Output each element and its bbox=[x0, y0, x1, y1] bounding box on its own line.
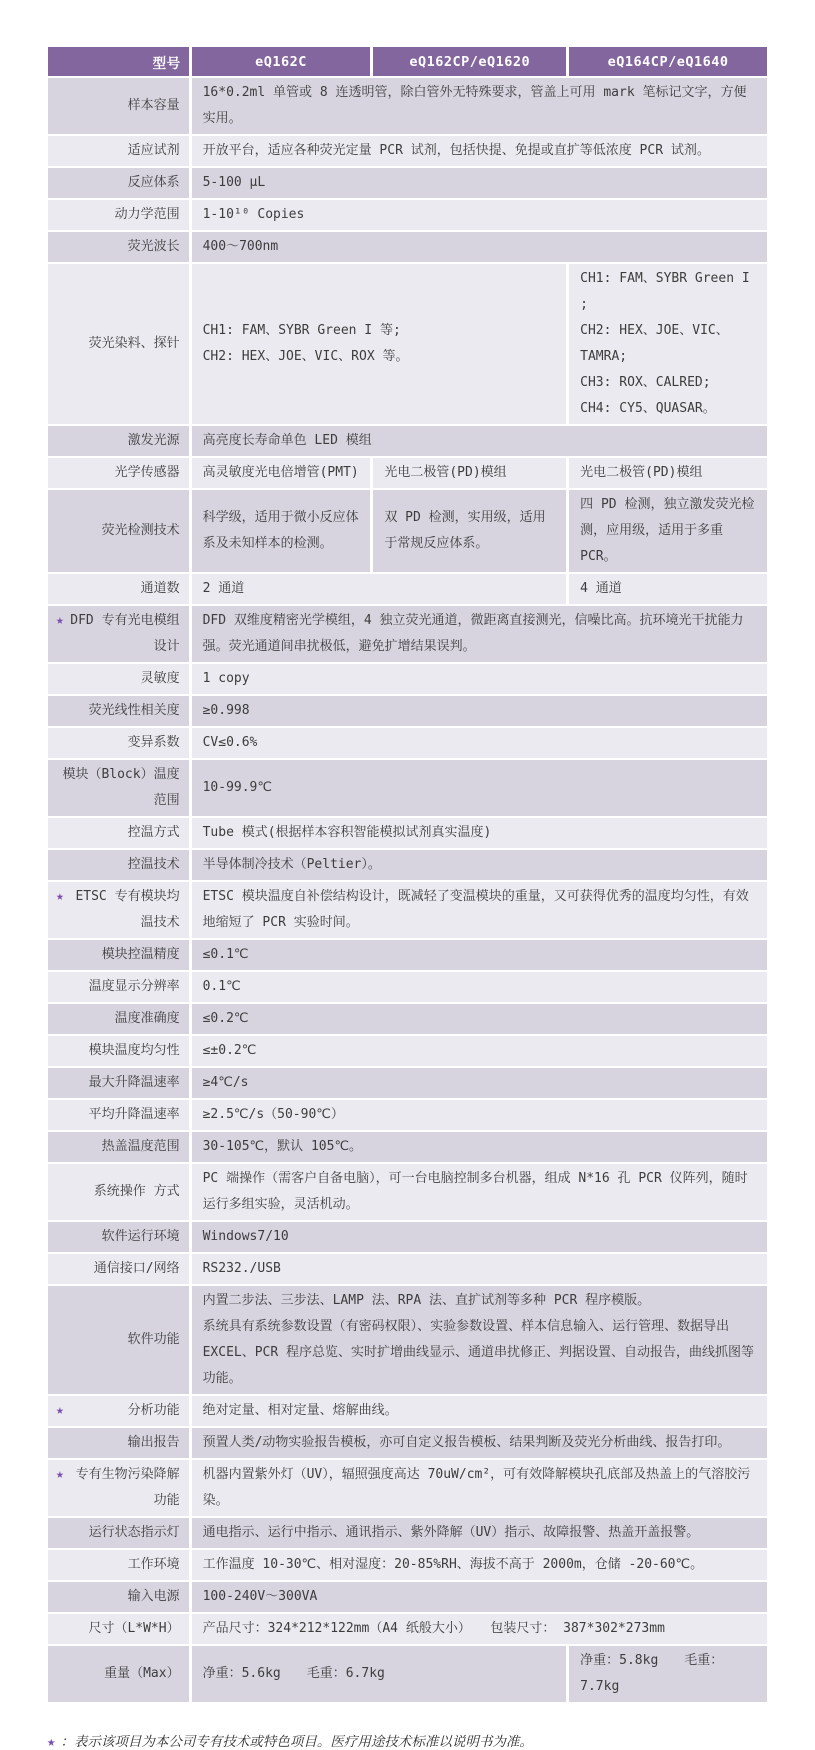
spec-value-cell: 科学级，适用于微小反应体系及未知样本的检测。 bbox=[192, 490, 371, 572]
row-label: 适应试剂 bbox=[48, 136, 189, 166]
spec-value-cell: ≤0.1℃ bbox=[192, 940, 767, 970]
spec-value-cell: CV≤0.6% bbox=[192, 728, 767, 758]
spec-value-cell: 通电指示、运行中指示、通讯指示、紫外降解（UV）指示、故障报警、热盖开盖报警。 bbox=[192, 1518, 767, 1548]
spec-row: 热盖温度范围30-105℃，默认 105℃。 bbox=[48, 1132, 767, 1162]
row-label: ★分析功能 bbox=[48, 1396, 189, 1426]
spec-row: 模块控温精度≤0.1℃ bbox=[48, 940, 767, 970]
spec-table-body: 样本容量16*0.2ml 单管或 8 连透明管，除白管外无特殊要求，管盖上可用 … bbox=[48, 78, 767, 1702]
row-label: 变异系数 bbox=[48, 728, 189, 758]
spec-value-cell: PC 端操作（需客户自备电脑），可一台电脑控制多台机器，组成 N*16 孔 PC… bbox=[192, 1164, 767, 1220]
spec-value-cell: 内置二步法、三步法、LAMP 法、RPA 法、直扩试剂等多种 PCR 程序模版。… bbox=[192, 1286, 767, 1394]
spec-row: 灵敏度1 copy bbox=[48, 664, 767, 694]
row-label: 控温方式 bbox=[48, 818, 189, 848]
star-icon: ★ bbox=[56, 608, 64, 634]
spec-row: 荧光检测技术科学级，适用于微小反应体系及未知样本的检测。双 PD 检测，实用级，… bbox=[48, 490, 767, 572]
row-label: ★DFD 专有光电模组设计 bbox=[48, 606, 189, 662]
row-label: 荧光染料、探针 bbox=[48, 264, 189, 424]
spec-row: 荧光线性相关度≥0.998 bbox=[48, 696, 767, 726]
spec-row: 通信接口/网络RS232./USB bbox=[48, 1254, 767, 1284]
spec-row: 软件运行环境Windows7/10 bbox=[48, 1222, 767, 1252]
spec-value-cell: 5-100 μL bbox=[192, 168, 767, 198]
spec-value-cell: 净重：5.8kg 毛重：7.7kg bbox=[569, 1646, 767, 1702]
spec-row: ★DFD 专有光电模组设计DFD 双维度精密光学模组，4 独立荧光通道，微距离直… bbox=[48, 606, 767, 662]
row-label: 温度准确度 bbox=[48, 1004, 189, 1034]
spec-value-cell: 16*0.2ml 单管或 8 连透明管，除白管外无特殊要求，管盖上可用 mark… bbox=[192, 78, 767, 134]
spec-row: ★分析功能绝对定量、相对定量、熔解曲线。 bbox=[48, 1396, 767, 1426]
spec-value-cell: 光电二极管(PD)模组 bbox=[569, 458, 767, 488]
spec-row: ★ETSC 专有模块均温技术ETSC 模块温度自补偿结构设计，既减轻了变温模块的… bbox=[48, 882, 767, 938]
star-icon: ★ bbox=[56, 1398, 64, 1424]
spec-value-cell: 4 通道 bbox=[569, 574, 767, 604]
header-model-eq162c: eQ162C bbox=[192, 47, 371, 76]
row-label: 运行状态指示灯 bbox=[48, 1518, 189, 1548]
spec-value-cell: ≥4℃/s bbox=[192, 1068, 767, 1098]
spec-row: 样本容量16*0.2ml 单管或 8 连透明管，除白管外无特殊要求，管盖上可用 … bbox=[48, 78, 767, 134]
row-label: 输入电源 bbox=[48, 1582, 189, 1612]
spec-value-cell: 2 通道 bbox=[192, 574, 567, 604]
spec-value-cell: 机器内置紫外灯（UV），辐照强度高达 70uW/cm²，可有效降解模块孔底部及热… bbox=[192, 1460, 767, 1516]
spec-row: 通道数2 通道4 通道 bbox=[48, 574, 767, 604]
spec-value-cell: RS232./USB bbox=[192, 1254, 767, 1284]
spec-value-cell: 1-10¹⁰ Copies bbox=[192, 200, 767, 230]
spec-row: 变异系数CV≤0.6% bbox=[48, 728, 767, 758]
footnote: ★：表示该项目为本公司专有技术或特色项目。医疗用途技术标准以说明书为准。 bbox=[47, 1730, 770, 1750]
spec-sheet-page: 型号 eQ162C eQ162CP/eQ1620 eQ164CP/eQ1640 … bbox=[0, 0, 815, 1750]
row-label: ★ETSC 专有模块均温技术 bbox=[48, 882, 189, 938]
spec-row: 尺寸（L*W*H）产品尺寸：324*212*122mm（A4 纸般大小） 包装尺… bbox=[48, 1614, 767, 1644]
spec-value-cell: 100-240V～300VA bbox=[192, 1582, 767, 1612]
spec-value-cell: ≤±0.2℃ bbox=[192, 1036, 767, 1066]
row-label: 激发光源 bbox=[48, 426, 189, 456]
spec-value-cell: ≥2.5℃/s（50-90℃） bbox=[192, 1100, 767, 1130]
row-label: 热盖温度范围 bbox=[48, 1132, 189, 1162]
spec-value-cell: 400～700nm bbox=[192, 232, 767, 262]
spec-row: 动力学范围1-10¹⁰ Copies bbox=[48, 200, 767, 230]
spec-row: 重量（Max）净重：5.6kg 毛重：6.7kg净重：5.8kg 毛重：7.7k… bbox=[48, 1646, 767, 1702]
star-icon: ★ bbox=[56, 1462, 64, 1488]
header-model-label: 型号 bbox=[48, 47, 189, 76]
spec-value-cell: 开放平台，适应各种荧光定量 PCR 试剂，包括快提、免提或直扩等低浓度 PCR … bbox=[192, 136, 767, 166]
spec-value-cell: 10-99.9℃ bbox=[192, 760, 767, 816]
row-label: 动力学范围 bbox=[48, 200, 189, 230]
spec-value-cell: 1 copy bbox=[192, 664, 767, 694]
row-label: 重量（Max） bbox=[48, 1646, 189, 1702]
spec-row: ★专有生物污染降解功能机器内置紫外灯（UV），辐照强度高达 70uW/cm²，可… bbox=[48, 1460, 767, 1516]
spec-row: 运行状态指示灯通电指示、运行中指示、通讯指示、紫外降解（UV）指示、故障报警、热… bbox=[48, 1518, 767, 1548]
row-label: 荧光波长 bbox=[48, 232, 189, 262]
spec-row: 模块（Block）温度范围10-99.9℃ bbox=[48, 760, 767, 816]
row-label: 灵敏度 bbox=[48, 664, 189, 694]
spec-value-cell: 光电二极管(PD)模组 bbox=[373, 458, 566, 488]
spec-value-cell: ≤0.2℃ bbox=[192, 1004, 767, 1034]
row-label: 通信接口/网络 bbox=[48, 1254, 189, 1284]
row-label: 平均升降温速率 bbox=[48, 1100, 189, 1130]
header-model-eq162cp: eQ162CP/eQ1620 bbox=[373, 47, 566, 76]
row-label: 通道数 bbox=[48, 574, 189, 604]
row-label: 光学传感器 bbox=[48, 458, 189, 488]
spec-row: 输入电源100-240V～300VA bbox=[48, 1582, 767, 1612]
spec-value-cell: Tube 模式(根据样本容积智能模拟试剂真实温度) bbox=[192, 818, 767, 848]
spec-value-cell: 工作温度 10-30℃、相对湿度：20-85%RH、海拔不高于 2000m，仓储… bbox=[192, 1550, 767, 1580]
spec-value-cell: 产品尺寸：324*212*122mm（A4 纸般大小） 包装尺寸： 387*30… bbox=[192, 1614, 767, 1644]
spec-row: 荧光波长400～700nm bbox=[48, 232, 767, 262]
row-label: 最大升降温速率 bbox=[48, 1068, 189, 1098]
spec-value-cell: ETSC 模块温度自补偿结构设计，既减轻了变温模块的重量，又可获得优秀的温度均匀… bbox=[192, 882, 767, 938]
spec-row: 温度准确度≤0.2℃ bbox=[48, 1004, 767, 1034]
spec-value-cell: DFD 双维度精密光学模组，4 独立荧光通道，微距离直接测光，信噪比高。抗环境光… bbox=[192, 606, 767, 662]
spec-row: 工作环境工作温度 10-30℃、相对湿度：20-85%RH、海拔不高于 2000… bbox=[48, 1550, 767, 1580]
spec-value-cell: CH1: FAM、SYBR Green I ; CH2: HEX、JOE、VIC… bbox=[569, 264, 767, 424]
spec-row: 平均升降温速率≥2.5℃/s（50-90℃） bbox=[48, 1100, 767, 1130]
spec-value-cell: 净重：5.6kg 毛重：6.7kg bbox=[192, 1646, 567, 1702]
spec-value-cell: 双 PD 检测，实用级，适用于常规反应体系。 bbox=[373, 490, 566, 572]
row-label: 荧光检测技术 bbox=[48, 490, 189, 572]
row-label: 模块温度均匀性 bbox=[48, 1036, 189, 1066]
row-label: 反应体系 bbox=[48, 168, 189, 198]
spec-row: 控温技术半导体制冷技术（Peltier）。 bbox=[48, 850, 767, 880]
spec-value-cell: Windows7/10 bbox=[192, 1222, 767, 1252]
row-label: 温度显示分辨率 bbox=[48, 972, 189, 1002]
spec-value-cell: 绝对定量、相对定量、熔解曲线。 bbox=[192, 1396, 767, 1426]
header-model-eq164cp: eQ164CP/eQ1640 bbox=[569, 47, 767, 76]
spec-row: 适应试剂开放平台，适应各种荧光定量 PCR 试剂，包括快提、免提或直扩等低浓度 … bbox=[48, 136, 767, 166]
spec-value-cell: 高亮度长寿命单色 LED 模组 bbox=[192, 426, 767, 456]
spec-row: 系统操作 方式PC 端操作（需客户自备电脑），可一台电脑控制多台机器，组成 N*… bbox=[48, 1164, 767, 1220]
spec-row: 软件功能内置二步法、三步法、LAMP 法、RPA 法、直扩试剂等多种 PCR 程… bbox=[48, 1286, 767, 1394]
spec-row: 反应体系5-100 μL bbox=[48, 168, 767, 198]
spec-value-cell: 四 PD 检测，独立激发荧光检测，应用级，适用于多重 PCR。 bbox=[569, 490, 767, 572]
row-label: ★专有生物污染降解功能 bbox=[48, 1460, 189, 1516]
star-icon: ★ bbox=[47, 1734, 55, 1750]
spec-value-cell: 高灵敏度光电倍增管(PMT) bbox=[192, 458, 371, 488]
star-icon: ★ bbox=[56, 884, 64, 910]
table-header-row: 型号 eQ162C eQ162CP/eQ1620 eQ164CP/eQ1640 bbox=[48, 47, 767, 76]
spec-row: 模块温度均匀性≤±0.2℃ bbox=[48, 1036, 767, 1066]
row-label: 荧光线性相关度 bbox=[48, 696, 189, 726]
row-label: 控温技术 bbox=[48, 850, 189, 880]
spec-value-cell: ≥0.998 bbox=[192, 696, 767, 726]
spec-value-cell: 30-105℃，默认 105℃。 bbox=[192, 1132, 767, 1162]
row-label: 工作环境 bbox=[48, 1550, 189, 1580]
spec-row: 输出报告预置人类/动物实验报告模板，亦可自定义报告模板、结果判断及荧光分析曲线、… bbox=[48, 1428, 767, 1458]
product-spec-table: 型号 eQ162C eQ162CP/eQ1620 eQ164CP/eQ1640 … bbox=[45, 45, 770, 1704]
row-label: 模块（Block）温度范围 bbox=[48, 760, 189, 816]
spec-row: 最大升降温速率≥4℃/s bbox=[48, 1068, 767, 1098]
row-label: 软件运行环境 bbox=[48, 1222, 189, 1252]
row-label: 系统操作 方式 bbox=[48, 1164, 189, 1220]
spec-row: 温度显示分辨率0.1℃ bbox=[48, 972, 767, 1002]
spec-row: 荧光染料、探针CH1: FAM、SYBR Green I 等; CH2: HEX… bbox=[48, 264, 767, 424]
spec-row: 控温方式Tube 模式(根据样本容积智能模拟试剂真实温度) bbox=[48, 818, 767, 848]
spec-value-cell: 半导体制冷技术（Peltier）。 bbox=[192, 850, 767, 880]
spec-value-cell: CH1: FAM、SYBR Green I 等; CH2: HEX、JOE、VI… bbox=[192, 264, 567, 424]
spec-value-cell: 0.1℃ bbox=[192, 972, 767, 1002]
spec-row: 光学传感器高灵敏度光电倍增管(PMT)光电二极管(PD)模组光电二极管(PD)模… bbox=[48, 458, 767, 488]
spec-row: 激发光源高亮度长寿命单色 LED 模组 bbox=[48, 426, 767, 456]
row-label: 模块控温精度 bbox=[48, 940, 189, 970]
row-label: 输出报告 bbox=[48, 1428, 189, 1458]
row-label: 尺寸（L*W*H） bbox=[48, 1614, 189, 1644]
footnote-text: ：表示该项目为本公司专有技术或特色项目。医疗用途技术标准以说明书为准。 bbox=[60, 1734, 533, 1750]
row-label: 样本容量 bbox=[48, 78, 189, 134]
row-label: 软件功能 bbox=[48, 1286, 189, 1394]
spec-value-cell: 预置人类/动物实验报告模板，亦可自定义报告模板、结果判断及荧光分析曲线、报告打印… bbox=[192, 1428, 767, 1458]
